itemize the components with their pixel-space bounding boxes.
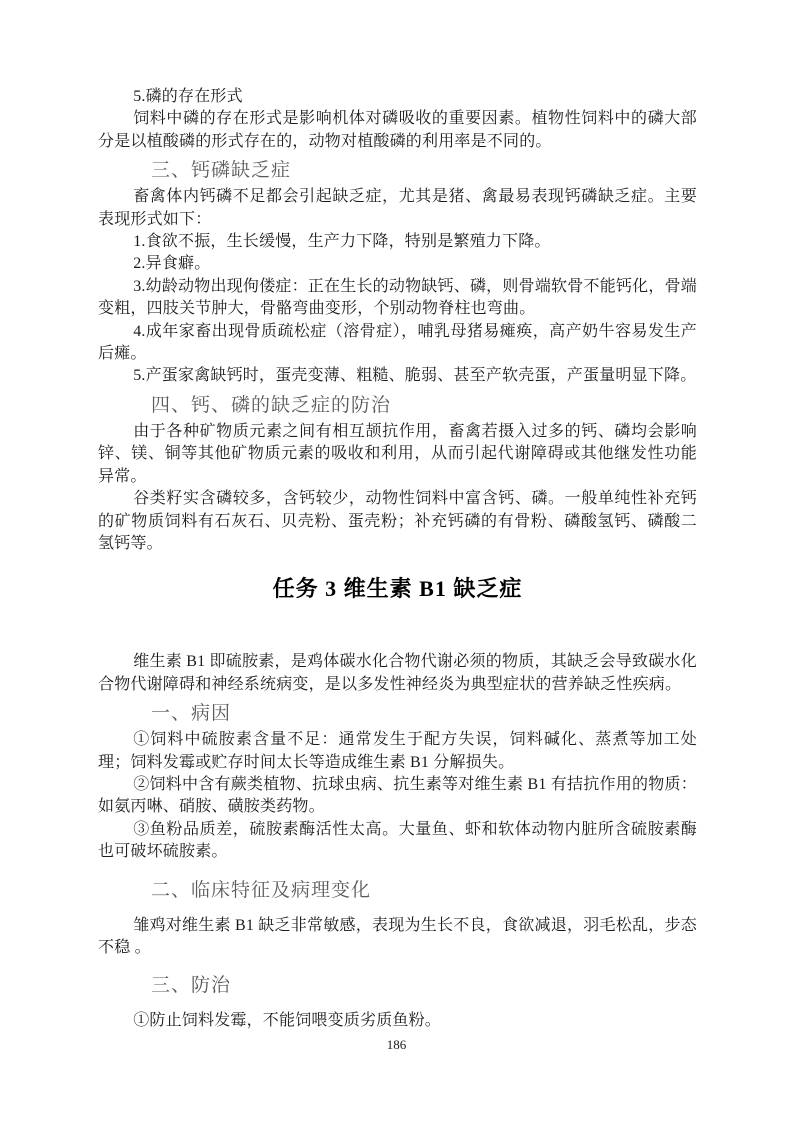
section-heading-calcium-phosphorus-deficiency: 三、钙磷缺乏症 [98,158,697,183]
document-page: 5.磷的存在形式 饲料中磷的存在形式是影响机体对磷吸收的重要因素。植物性饲料中的… [0,0,793,1122]
list-item: 3.幼龄动物出现佝偻症：正在生长的动物缺钙、磷，则骨端软骨不能钙化，骨端变粗，四… [98,276,697,321]
paragraph: 谷类籽实含磷较多，含钙较少，动物性饲料中富含钙、磷。一般单纯性补充钙的矿物质饲料… [98,488,697,555]
paragraph: 由于各种矿物质元素之间有相互颉抗作用，畜禽若摄入过多的钙、磷均会影响锌、镁、铜等… [98,421,697,488]
task-title: 任务 3 维生素 B1 缺乏症 [98,575,697,603]
list-item: 1.食欲不振，生长缓慢，生产力下降，特别是繁殖力下降。 [98,231,697,253]
section-heading-clinical-features: 二、临床特征及病理变化 [98,878,697,903]
list-item: ①饲料中硫胺素含量不足：通常发生于配方失误，饲料碱化、蒸煮等加工处理；饲料发霉或… [98,729,697,774]
section-heading-deficiency-prevention: 四、钙、磷的缺乏症的防治 [98,393,697,418]
list-item: 4.成年家畜出现骨质疏松症（溶骨症），哺乳母猪易瘫痪，高产奶牛容易发生产后瘫。 [98,321,697,366]
document-body: 5.磷的存在形式 饲料中磷的存在形式是影响机体对磷吸收的重要因素。植物性饲料中的… [98,86,697,1033]
list-item: 5.产蛋家禽缺钙时，蛋壳变薄、粗糙、脆弱、甚至产软壳蛋，产蛋量明显下降。 [98,365,697,387]
page-number: 186 [0,1036,793,1054]
section-heading-etiology: 一、病因 [98,701,697,726]
paragraph: 雏鸡对维生素 B1 缺乏非常敏感，表现为生长不良，食欲减退，羽毛松乱，步态不稳 … [98,915,697,960]
list-item: 2.异食癖。 [98,253,697,275]
list-item: ③鱼粉品质差，硫胺素酶活性太高。大量鱼、虾和软体动物内脏所含硫胺素酶也可破坏硫胺… [98,819,697,864]
paragraph: 畜禽体内钙磷不足都会引起缺乏症，尤其是猪、禽最易表现钙磷缺乏症。主要表现形式如下… [98,186,697,231]
list-item: ②饲料中含有蕨类植物、抗球虫病、抗生素等对维生素 B1 有拮抗作用的物质：如氨丙… [98,774,697,819]
paragraph: 维生素 B1 即硫胺素，是鸡体碳水化合物代谢必须的物质，其缺乏会导致碳水化合物代… [98,651,697,696]
section-heading-prevention-treatment: 三、防治 [98,973,697,998]
list-item: ①防止饲料发霉，不能饲喂变质劣质鱼粉。 [98,1010,697,1032]
paragraph: 饲料中磷的存在形式是影响机体对磷吸收的重要因素。植物性饲料中的磷大部分是以植酸磷… [98,108,697,153]
list-item: 5.磷的存在形式 [98,86,697,108]
